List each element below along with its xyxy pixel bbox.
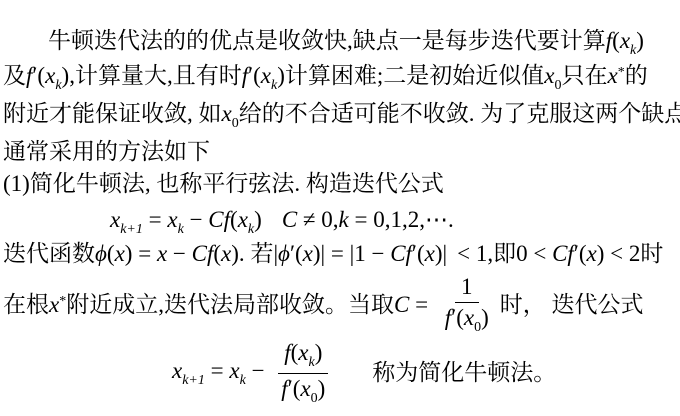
math-op: ), [62,63,75,88]
math-op: ). [231,241,250,266]
math-op: ) [254,207,262,232]
formula-caption: 称为简化牛顿法。 [372,360,556,385]
fraction-c-value: 1 f′(x0) [439,273,495,336]
para-line-2: 及f′(xk),计算量大,且有时f′(xk)计算困难;二是初始近似值x0只在x*… [3,62,648,95]
math-op: ) [315,340,323,365]
cn-text: 即 [493,241,516,266]
math-op: ′( [412,241,425,266]
math-var: x [300,376,310,401]
math-num: 1 [461,274,473,299]
math-var: C [282,207,297,232]
math-sup: * [618,65,625,80]
abs-bar: )| [435,241,447,266]
math-op: ) [277,63,285,88]
math-var: ϕ [95,241,107,266]
text-run: 在根x*附近成立,迭代法局部收敛。当取C = [3,291,434,319]
math-op: )| = |1 − [313,241,390,266]
cn-text: 及 [3,63,26,88]
math-sub: 0 [555,78,562,93]
cn-text: 计算量大,且有时 [75,63,242,88]
para-line-8: 在根x*附近成立,迭代法局部收敛。当取C = 1 f′(x0) 时， 迭代公式 [3,276,644,334]
math-var: x [620,28,630,53]
math-var: Cf [208,207,230,232]
fraction-numerator: f(xk) [278,339,328,374]
math-op: ′( [288,376,301,401]
math-sub: 0 [232,116,239,131]
math-op: ′( [248,63,261,88]
math-var: x [303,241,313,266]
text-run: 时， 迭代公式 [500,291,644,319]
math-var: x [229,358,239,383]
math-op: ′( [451,305,464,330]
math-op: ( [230,207,238,232]
math-op: = [205,358,229,383]
math-var: ϕ [278,241,290,266]
math-op: ≠ 0, [297,207,338,232]
math-run: xk+1 = xk − [172,357,270,390]
para-line-4: 通常采用的方法如下 [3,138,210,166]
math-var: x [222,101,232,126]
formula-iteration: xk+1 = xk − Cf(xk)C ≠ 0,k = 0,1,2,⋯. [110,206,454,239]
math-var: x [45,63,55,88]
math-op: = [409,292,433,317]
math-op: ( [612,28,620,53]
math-var: x [157,241,167,266]
fraction-denominator: f′(x0) [439,303,495,337]
text-run: 称为简化牛顿法。 [372,359,556,387]
math-op: = [143,207,167,232]
math-op: ( [213,241,221,266]
math-sub: k+1 [120,222,143,237]
cn-text: 通常采用的方法如下 [3,139,210,164]
math-var: x [110,207,120,232]
para-line-1: 牛顿迭代法的的优点是收敛快,缺点一是每步迭代要计算f(xk) [48,27,644,60]
math-op: − [167,241,191,266]
math-var: x [172,358,182,383]
math-op: − [184,207,208,232]
math-var: x [238,207,248,232]
math-var: Cf [390,241,412,266]
cn-text: 牛顿迭代法的的优点是收敛快,缺点一是每步迭代要计算 [48,28,606,53]
cn-text: 只在 [562,63,608,88]
math-var: x [261,63,271,88]
math-var: x [464,305,474,330]
math-var: x [587,241,597,266]
math-op: ) [481,305,489,330]
cn-text: 时 [640,241,663,266]
math-var: x [544,63,554,88]
para-line-3: 附近才能保证收敛, 如x0给的不合适可能不收敛. 为了克服这两个缺点, [3,100,680,133]
math-var: x [115,241,125,266]
math-sub: k+1 [182,373,205,388]
math-op: ) [636,28,644,53]
cn-text: 附近成立,迭代法局部收敛。当取 [66,292,394,317]
math-var: Cf [552,241,574,266]
cn-text: 迭代函数 [3,241,95,266]
math-var: x [221,241,231,266]
math-var: k [339,207,349,232]
fraction-newton-step: f(xk) f′(x0) [275,339,331,408]
formula-simplified-newton: xk+1 = xk − f(xk) f′(x0) 称为简化牛顿法。 [172,344,556,402]
cn-text: 简化牛顿法, 也称平行弦法. 构造迭代公式 [30,171,444,196]
math-var: x [298,340,308,365]
math-sub: 0 [311,391,318,406]
math-op: ′( [290,241,303,266]
math-var: x [608,63,618,88]
cn-text: 的 [625,63,648,88]
math-var: x [49,292,59,317]
document-page: 牛顿迭代法的的优点是收敛快,缺点一是每步迭代要计算f(xk) 及f′(xk),计… [0,0,680,416]
cn-text: 附近才能保证收敛, 如 [3,101,222,126]
cn-text: 若 [250,241,273,266]
fraction-denominator: f′(x0) [275,374,331,408]
math-op: ) < 2 [597,241,641,266]
section-heading-simplified-newton: (1)简化牛顿法, 也称平行弦法. 构造迭代公式 [3,170,444,198]
cn-text: 在根 [3,292,49,317]
math-op: ) [318,376,326,401]
math-var: x [167,207,177,232]
math-op: ′( [32,63,45,88]
math-op: = 0,1,2,⋯. [349,207,454,232]
math-var: C [394,292,409,317]
math-op: 0 < [516,241,552,266]
math-var: Cf [192,241,214,266]
fraction-numerator: 1 [455,273,479,303]
para-line-7: 迭代函数ϕ(x) = x − Cf(x). 若|ϕ′(x)| = |1 − Cf… [3,240,663,268]
item-number: (1) [3,171,30,196]
math-var: x [425,241,435,266]
math-op: − [246,358,270,383]
cn-text: 计算困难;二是初始近似值 [285,63,544,88]
math-op: < 1, [457,241,493,266]
math-op: ) = [125,241,157,266]
cn-text: 给的不合适可能不收敛. 为了克服这两个缺点, [239,101,680,126]
cn-text: 时， 迭代公式 [500,292,644,317]
math-op: ′( [574,241,587,266]
math-op: ( [107,241,115,266]
